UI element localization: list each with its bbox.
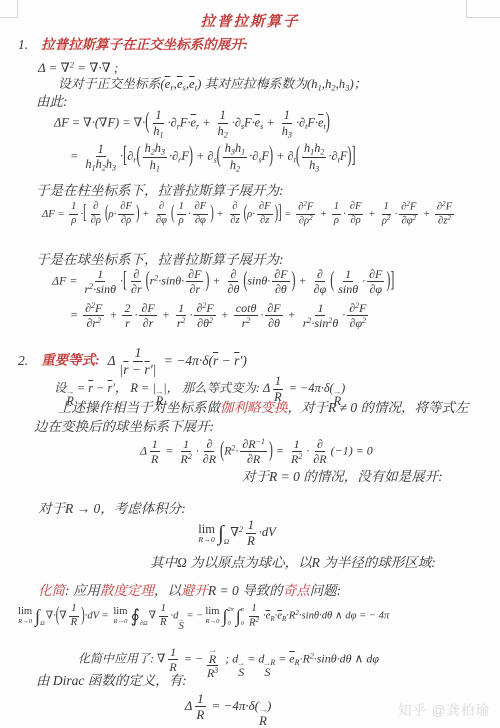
section1-number: 1. [18, 37, 28, 52]
limit-intro: 对于R → 0，考虑体积分: [38, 501, 186, 518]
section2-heading-text: 重要等式: [41, 353, 100, 368]
cylindrical-intro: 于是在柱坐标系下，拉普拉斯算子展开为: [36, 183, 284, 200]
divergence-theorem-evaluation: limR→0∫Ω∇·(∇1R)·dV = limR→0∮∂Ω∇1R·d→S = … [16, 603, 389, 633]
cylindrical-laplacian-formula: ΔF = 1ρ·[∂∂ρ(ρ·∂F∂ρ) + ∂∂φ(1ρ·∂F∂φ) + ∂∂… [42, 201, 456, 228]
zero-case-note: 对于R = 0 的情况，没有如是展开: [242, 469, 443, 486]
omega-region-note: 其中Ω 为以原点为球心，以R 为半径的球形区域: [150, 555, 436, 572]
section2-number: 2. [18, 353, 28, 368]
spherical-laplacian-formula-2: = ∂2F∂r2 + 2r·∂F∂r + 1r2·∂2F∂θ2 + cotθr2… [70, 301, 370, 330]
orthogonal-expansion-formula-1: ΔF = ∇·(∇F) = ∇·(1h1·∂rF·er + 1h2·∂sF·es… [54, 108, 330, 139]
simplify-heading: 化简: 应用散度定理，以避开R = 0 导致的奇点问题: [38, 583, 341, 600]
zhihu-watermark: 知乎 @龚柏瑜 [398, 699, 490, 719]
doc-title: 拉普拉斯算子 [0, 13, 500, 31]
section2-heading: 2.重要等式:Δ1|r − r′| = −4π·δ(r − r′) [18, 345, 247, 378]
orthogonal-expansion-formula-2: = 1h1h2h3·[∂r(h2h3h1·∂rF) + ∂s(h3h1h2·∂s… [70, 141, 356, 173]
nonzero-expansion-formula: Δ1R = 1R2·∂∂R(R2·∂R−1∂R) = 1R2·∂∂R(−1) =… [140, 437, 373, 466]
section1-heading: 1.拉普拉斯算子在正交坐标系的展开: [18, 37, 248, 54]
dirac-definition-intro: 由 Dirac 函数的定义，有: [36, 673, 187, 690]
document-page: 拉普拉斯算子 1.拉普拉斯算子在正交坐标系的展开: Δ = ∇2 = ∇·∇ ;… [0, 0, 500, 728]
galileo-transform-line1: 上述操作相当于对坐标系做伽利略变换，对于R ≠ 0 的情况，将等式左 [58, 400, 469, 417]
section1-heading-text: 拉普拉斯算子在正交坐标系的展开: [41, 37, 248, 52]
spherical-laplacian-formula-1: ΔF = 1r2·sinθ·[∂∂r(r2·sinθ·∂F∂r) + ∂∂θ(s… [52, 267, 394, 296]
galileo-transform-line2: 边在变换后的球坐标系下展开: [34, 419, 214, 436]
laplacian-definition-formula: Δ = ∇2 = ∇·∇ ; [38, 60, 118, 76]
important-identity-formula: Δ1|r − r′| = −4π·δ(r − r′) [108, 353, 247, 368]
lame-coefficients-line: 设对于正交坐标系(er,es,et) 其对应拉梅系数为(h1,h2,h3)； [58, 77, 367, 93]
volume-integral-formula: limR→0∫Ω∇21R·dV [0, 518, 500, 549]
